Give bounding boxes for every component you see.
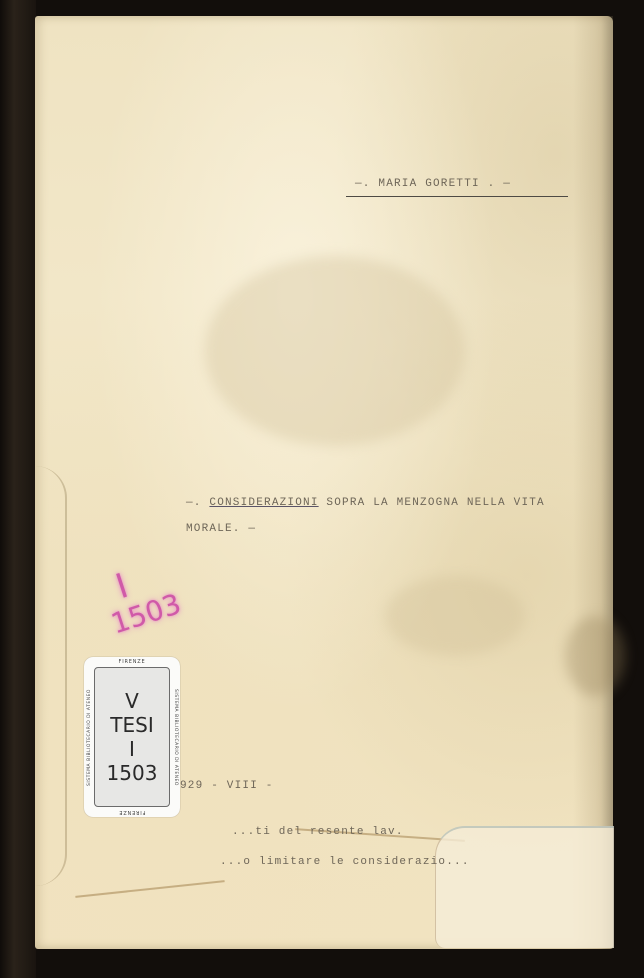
title-underlined-word: CONSIDERAZIONI: [209, 497, 318, 509]
label-volume: I: [129, 737, 135, 761]
label-number: 1503: [107, 761, 158, 785]
title-prefix: —.: [186, 497, 209, 509]
partial-text-line-2: ...o limitare le considerazio...: [220, 856, 470, 868]
thesis-title-line-1: —. CONSIDERAZIONI SOPRA LA MENZOGNA NELL…: [186, 497, 545, 509]
water-stain: [205, 256, 465, 446]
label-shelf-letter: V: [125, 689, 139, 713]
date-line: 929 - VIII -: [180, 780, 274, 792]
author-name: —. MARIA GORETTI . —: [355, 178, 511, 190]
paper-tear: [75, 880, 224, 898]
water-stain: [385, 576, 525, 656]
label-bottom-text: FIRENZE: [84, 809, 180, 815]
label-inner: V TESI I 1503: [94, 667, 170, 807]
water-stain: [565, 616, 625, 696]
binding-crease: [35, 466, 67, 886]
label-top-text: FIRENZE: [84, 659, 180, 665]
partial-text-line-1: ...ti del resente lav.: [232, 826, 404, 838]
label-side-text-right: SISTEMA BIBLIOTECARIO DI ATENEO: [170, 657, 180, 817]
damaged-corner: [435, 826, 614, 948]
page-edge-wear: [573, 16, 613, 949]
label-collection: TESI: [110, 713, 153, 737]
thesis-title-line-2: MORALE. —: [186, 523, 256, 535]
label-side-text-left: SISTEMA BIBLIOTECARIO DI ATENEO: [84, 657, 94, 817]
library-label: FIRENZE FIRENZE SISTEMA BIBLIOTECARIO DI…: [84, 657, 180, 817]
title-rest: SOPRA LA MENZOGNA NELLA VITA: [319, 497, 545, 509]
author-underline: [346, 196, 568, 197]
